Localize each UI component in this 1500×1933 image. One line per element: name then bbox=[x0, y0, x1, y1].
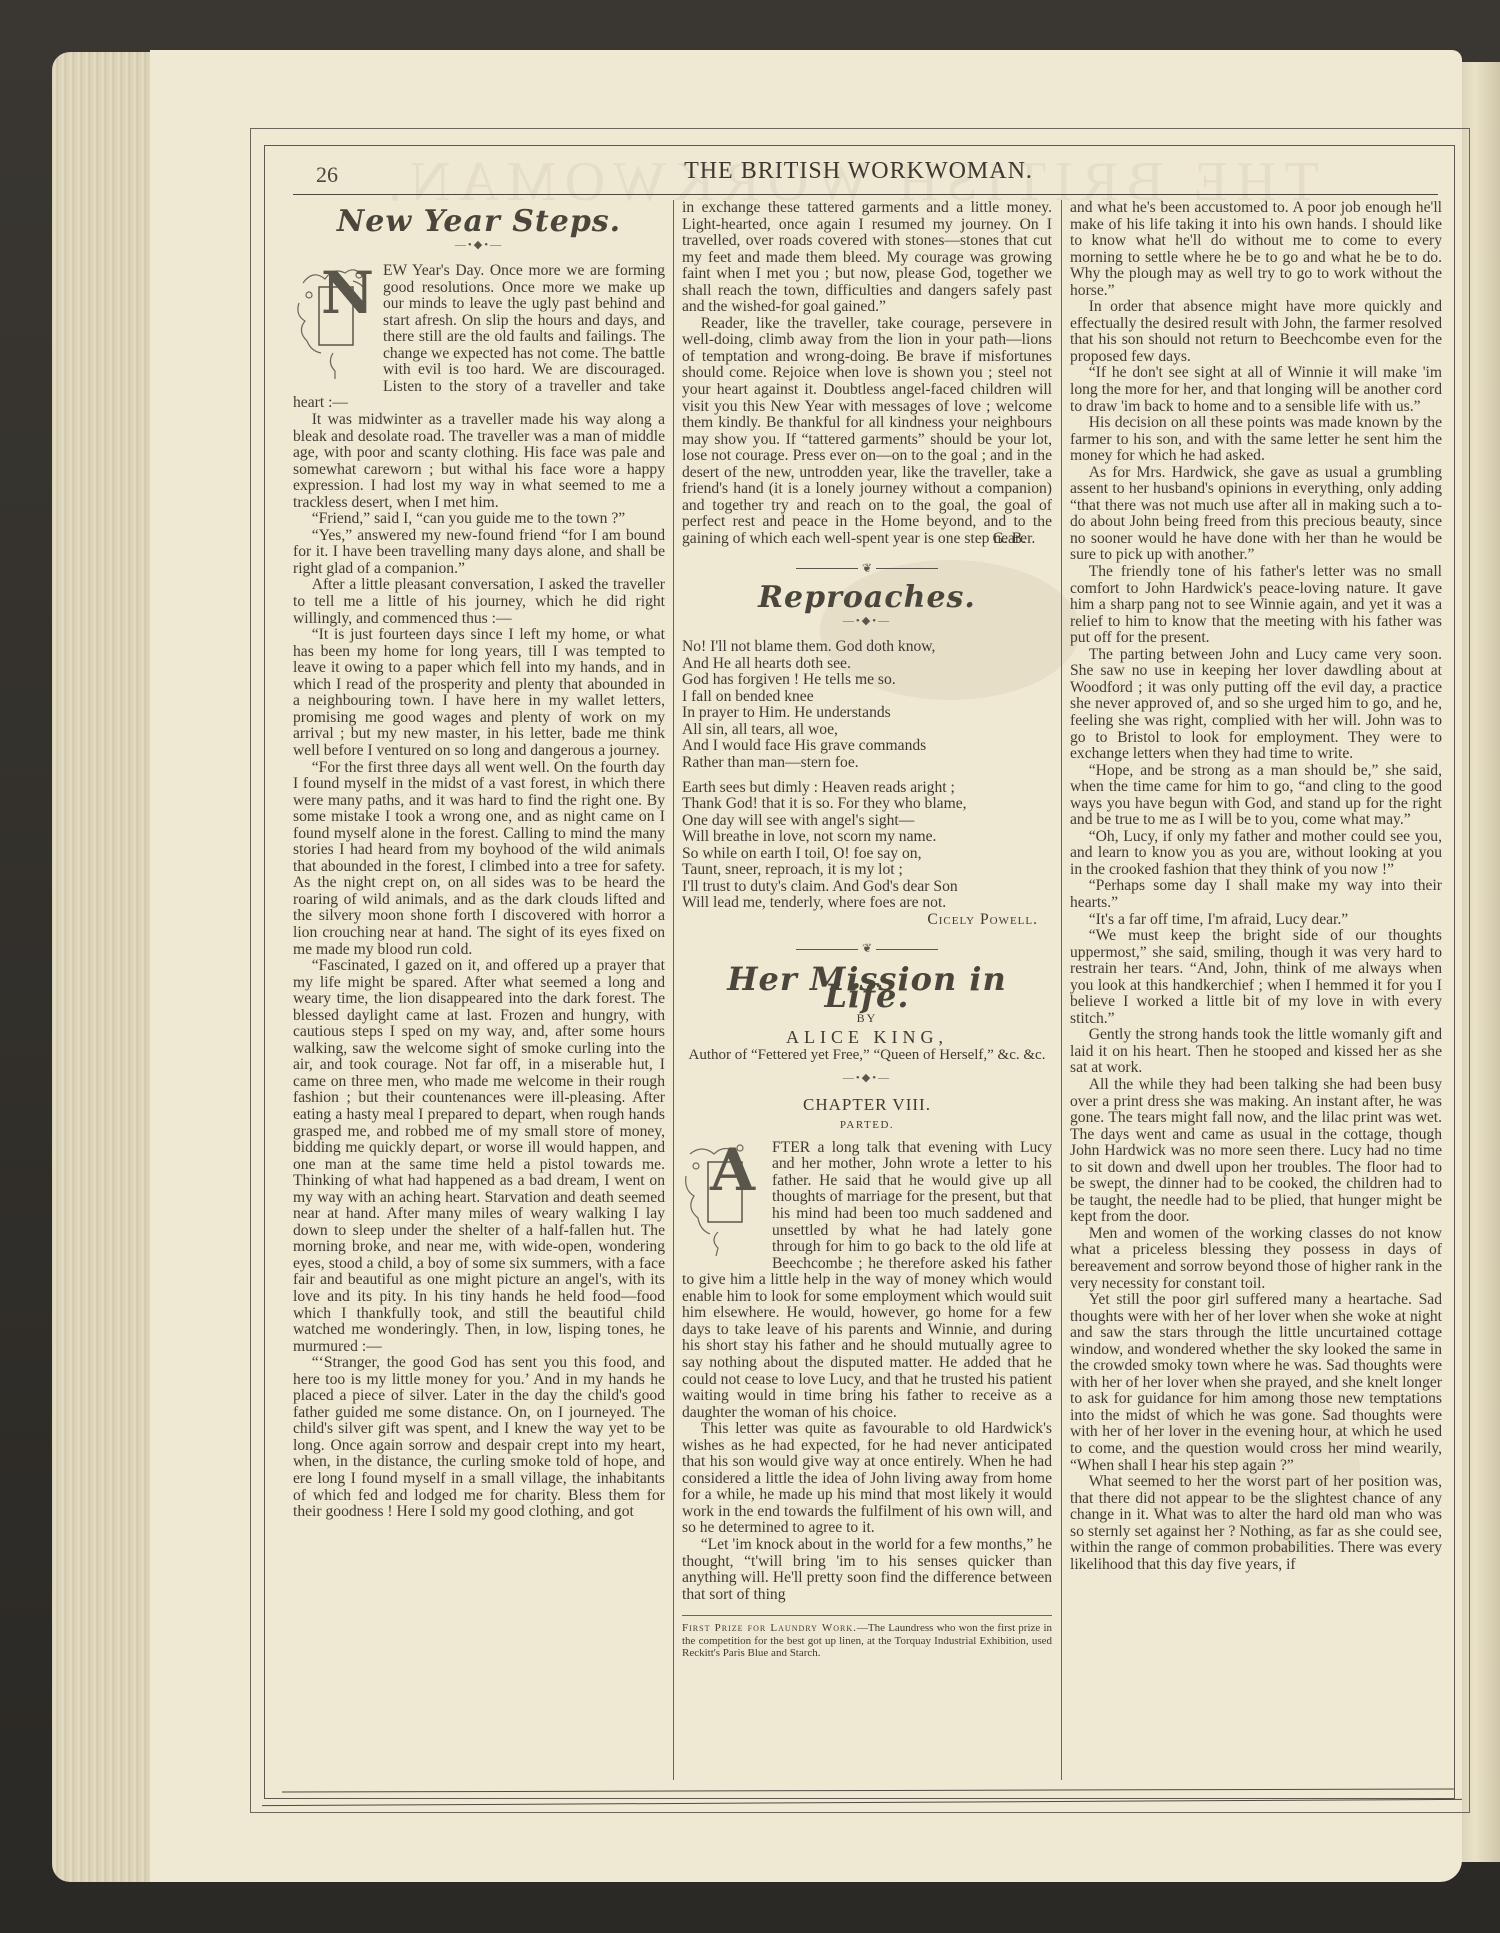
column-left: New Year Steps. —•◆•— N EW Year's Day. O… bbox=[293, 200, 665, 1521]
paragraph: “We must keep the bright side of our tho… bbox=[1070, 928, 1442, 1027]
poem-line: Earth sees but dimly : Heaven reads arig… bbox=[682, 780, 1052, 797]
poem-line: So while on earth I toil, O! foe say on, bbox=[682, 846, 1052, 863]
article-title-reproaches: Reproaches. bbox=[682, 590, 1052, 607]
paragraph: “Oh, Lucy, if only my father and mother … bbox=[1070, 829, 1442, 879]
footnote-laundry-advert: First Prize for Laundry Work.—The Laundr… bbox=[682, 1622, 1052, 1660]
paragraph: After a little pleasant conversation, I … bbox=[293, 577, 665, 627]
paragraph: Gently the strong hands took the little … bbox=[1070, 1027, 1442, 1077]
ornate-dropcap-n: N bbox=[293, 263, 377, 379]
poem-line: Taunt, sneer, reproach, it is my lot ; bbox=[682, 862, 1052, 879]
ornate-dropcap-a: A bbox=[682, 1140, 766, 1256]
paragraph: “Hope, and be strong as a man should be,… bbox=[1070, 763, 1442, 829]
article-title-new-year-steps: New Year Steps. bbox=[293, 214, 665, 231]
paragraph: “It's a far off time, I'm afraid, Lucy d… bbox=[1070, 912, 1442, 929]
article-body-new-year-steps: N EW Year's Day. Once more we are formin… bbox=[293, 263, 665, 412]
paragraph: “Fascinated, I gazed on it, and offered … bbox=[293, 958, 665, 1355]
ornament-divider-icon: —•◆•— bbox=[682, 1070, 1052, 1087]
author-name: ALICE KING, bbox=[682, 1029, 1052, 1046]
paragraph: “Friend,” said I, “can you guide me to t… bbox=[293, 511, 665, 528]
paragraph: “Let 'im knock about in the world for a … bbox=[682, 1537, 1052, 1603]
magazine-title: THE BRITISH WORKWOMAN. bbox=[264, 158, 1453, 185]
paragraph: “Perhaps some day I shall make my way in… bbox=[1070, 878, 1442, 911]
paragraph: Reader, like the traveller, take courage… bbox=[682, 316, 1052, 548]
article-title-her-mission: Her Mission in Life. bbox=[682, 971, 1052, 1004]
column-middle: in exchange these tattered garments and … bbox=[682, 200, 1052, 1660]
dropcap-letter: N bbox=[321, 285, 374, 302]
author-description: Author of “Fettered yet Free,” “Queen of… bbox=[682, 1047, 1052, 1064]
column-divider bbox=[1061, 200, 1062, 1780]
paragraph: His decision on all these points was mad… bbox=[1070, 415, 1442, 465]
paragraph: in exchange these tattered garments and … bbox=[682, 200, 1052, 316]
chapter-subtitle: PARTED. bbox=[682, 1117, 1052, 1134]
poem-line: In prayer to Him. He understands bbox=[682, 705, 1052, 722]
chapter-heading: CHAPTER VIII. bbox=[682, 1097, 1052, 1114]
poem-reproaches: No! I'll not blame them. God doth know, … bbox=[682, 639, 1052, 912]
article-body-her-mission: A FTER a long talk that evening with Luc… bbox=[682, 1140, 1052, 1421]
footnote-heading: First Prize for Laundry Work. bbox=[682, 1622, 857, 1634]
poem-line: Will breathe in love, not scorn my name. bbox=[682, 829, 1052, 846]
paragraph: In order that absence might have more qu… bbox=[1070, 299, 1442, 365]
paragraph: This letter was quite as favourable to o… bbox=[682, 1421, 1052, 1537]
section-divider-icon: ❦ bbox=[682, 560, 1052, 577]
header-rule bbox=[293, 194, 1438, 195]
paragraph: and what he's been accustomed to. A poor… bbox=[1070, 200, 1442, 299]
paragraph: “If he don't see sight at all of Winnie … bbox=[1070, 365, 1442, 415]
paragraph: The parting between John and Lucy came v… bbox=[1070, 647, 1442, 763]
paragraph: All the while they had been talking she … bbox=[1070, 1077, 1442, 1226]
running-head: 26 THE BRITISH WORKWOMAN. bbox=[264, 152, 1453, 192]
poem-line: And I would face His grave commands bbox=[682, 738, 1052, 755]
paragraph: “Yes,” answered my new-found friend “for… bbox=[293, 528, 665, 578]
paragraph: Men and women of the working classes do … bbox=[1070, 1226, 1442, 1292]
paragraph: As for Mrs. Hardwick, she gave as usual … bbox=[1070, 465, 1442, 564]
paragraph: What seemed to her the worst part of her… bbox=[1070, 1474, 1442, 1573]
byline: BY bbox=[682, 1010, 1052, 1027]
poem-line: Rather than man—stern foe. bbox=[682, 755, 1052, 772]
section-divider-icon: ❦ bbox=[682, 940, 1052, 957]
paragraph: “It is just fourteen days since I left m… bbox=[293, 627, 665, 759]
paragraph: “For the first three days all went well.… bbox=[293, 760, 665, 959]
page-edges bbox=[52, 52, 156, 1882]
poem-line: I'll trust to duty's claim. And God's de… bbox=[682, 879, 1052, 896]
poem-line: God has forgiven ! He tells me so. bbox=[682, 672, 1052, 689]
poem-line: No! I'll not blame them. God doth know, bbox=[682, 639, 1052, 656]
column-divider bbox=[673, 200, 674, 1780]
ornament-divider-icon: —•◆•— bbox=[682, 613, 1052, 630]
poem-line: One day will see with angel's sight— bbox=[682, 813, 1052, 830]
poem-line: And He all hearts doth see. bbox=[682, 656, 1052, 673]
column-right: and what he's been accustomed to. A poor… bbox=[1070, 200, 1442, 1573]
ornament-divider-icon: —•◆•— bbox=[293, 237, 665, 254]
poem-line: Will lead me, tenderly, where foes are n… bbox=[682, 895, 1052, 912]
paragraph: Yet still the poor girl suffered many a … bbox=[1070, 1292, 1442, 1474]
paragraph: It was midwinter as a traveller made his… bbox=[293, 412, 665, 511]
paragraph: “‘Stranger, the good God has sent you th… bbox=[293, 1355, 665, 1520]
poem-line: I fall on bended knee bbox=[682, 689, 1052, 706]
footnote-rule bbox=[682, 1615, 1052, 1616]
paragraph: The friendly tone of his father's letter… bbox=[1070, 564, 1442, 647]
dropcap-letter: A bbox=[710, 1162, 755, 1179]
poem-line: All sin, all tears, all woe, bbox=[682, 722, 1052, 739]
poem-line: Thank God! that it is so. For they who b… bbox=[682, 796, 1052, 813]
signature-cicely-powell: Cicely Powell. bbox=[682, 912, 1052, 929]
